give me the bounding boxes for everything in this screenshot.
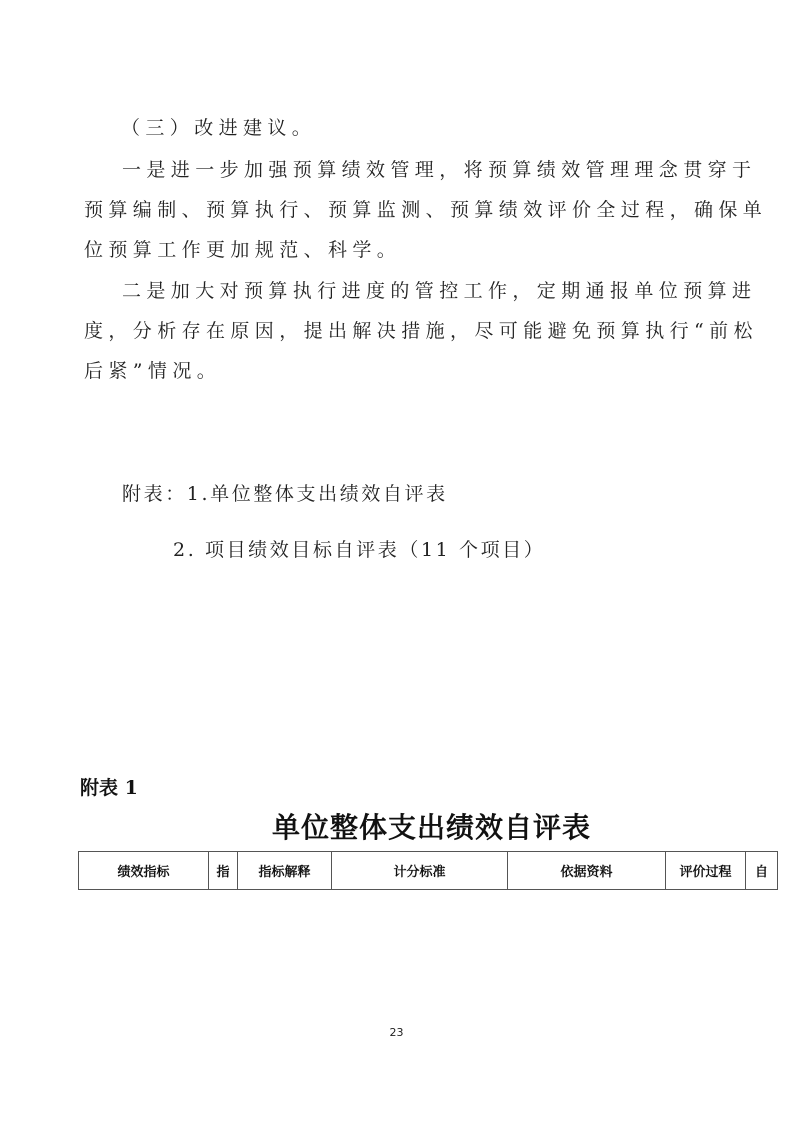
header-self-score: 自 xyxy=(746,852,778,890)
appendix-label: 附表 1 xyxy=(80,773,138,800)
evaluation-table: 绩效指标 指 指标解释 计分标准 依据资料 评价过程 自 xyxy=(78,851,778,890)
paragraph-line: 二是加大对预算执行进度的管控工作，定期通报单位预算进 xyxy=(84,271,684,311)
appendix-list-item-2: 2. 项目绩效目标自评表（11 个项目） xyxy=(173,535,545,562)
paragraph-line: 一是进一步加强预算绩效管理，将预算绩效管理理念贯穿于 xyxy=(84,150,684,190)
paragraph-line: 预算编制、预算执行、预算监测、预算绩效评价全过程，确保单 xyxy=(84,190,684,230)
header-evaluation-process: 评价过程 xyxy=(666,852,746,890)
section-heading: （三）改进建议。 xyxy=(121,108,316,148)
header-indicator-short: 指 xyxy=(209,852,238,890)
header-indicator-explanation: 指标解释 xyxy=(238,852,332,890)
header-performance-indicator: 绩效指标 xyxy=(79,852,209,890)
paragraph-budget-performance: 一是进一步加强预算绩效管理，将预算绩效管理理念贯穿于 预算编制、预算执行、预算监… xyxy=(84,150,684,270)
paragraph-line: 后紧”情况。 xyxy=(84,351,684,391)
paragraph-line: 位预算工作更加规范、科学。 xyxy=(84,230,684,270)
table-title: 单位整体支出绩效自评表 xyxy=(0,806,793,846)
paragraph-execution-progress: 二是加大对预算执行进度的管控工作，定期通报单位预算进 度，分析存在原因，提出解决… xyxy=(84,271,684,391)
page-number: 23 xyxy=(0,1026,793,1039)
table-header-row: 绩效指标 指 指标解释 计分标准 依据资料 评价过程 自 xyxy=(79,852,778,890)
paragraph-line: 度，分析存在原因，提出解决措施，尽可能避免预算执行“前松 xyxy=(84,311,684,351)
header-scoring-standard: 计分标准 xyxy=(332,852,508,890)
appendix-list-item-1: 附表：1.单位整体支出绩效自评表 xyxy=(122,479,448,506)
header-basis-materials: 依据资料 xyxy=(508,852,666,890)
